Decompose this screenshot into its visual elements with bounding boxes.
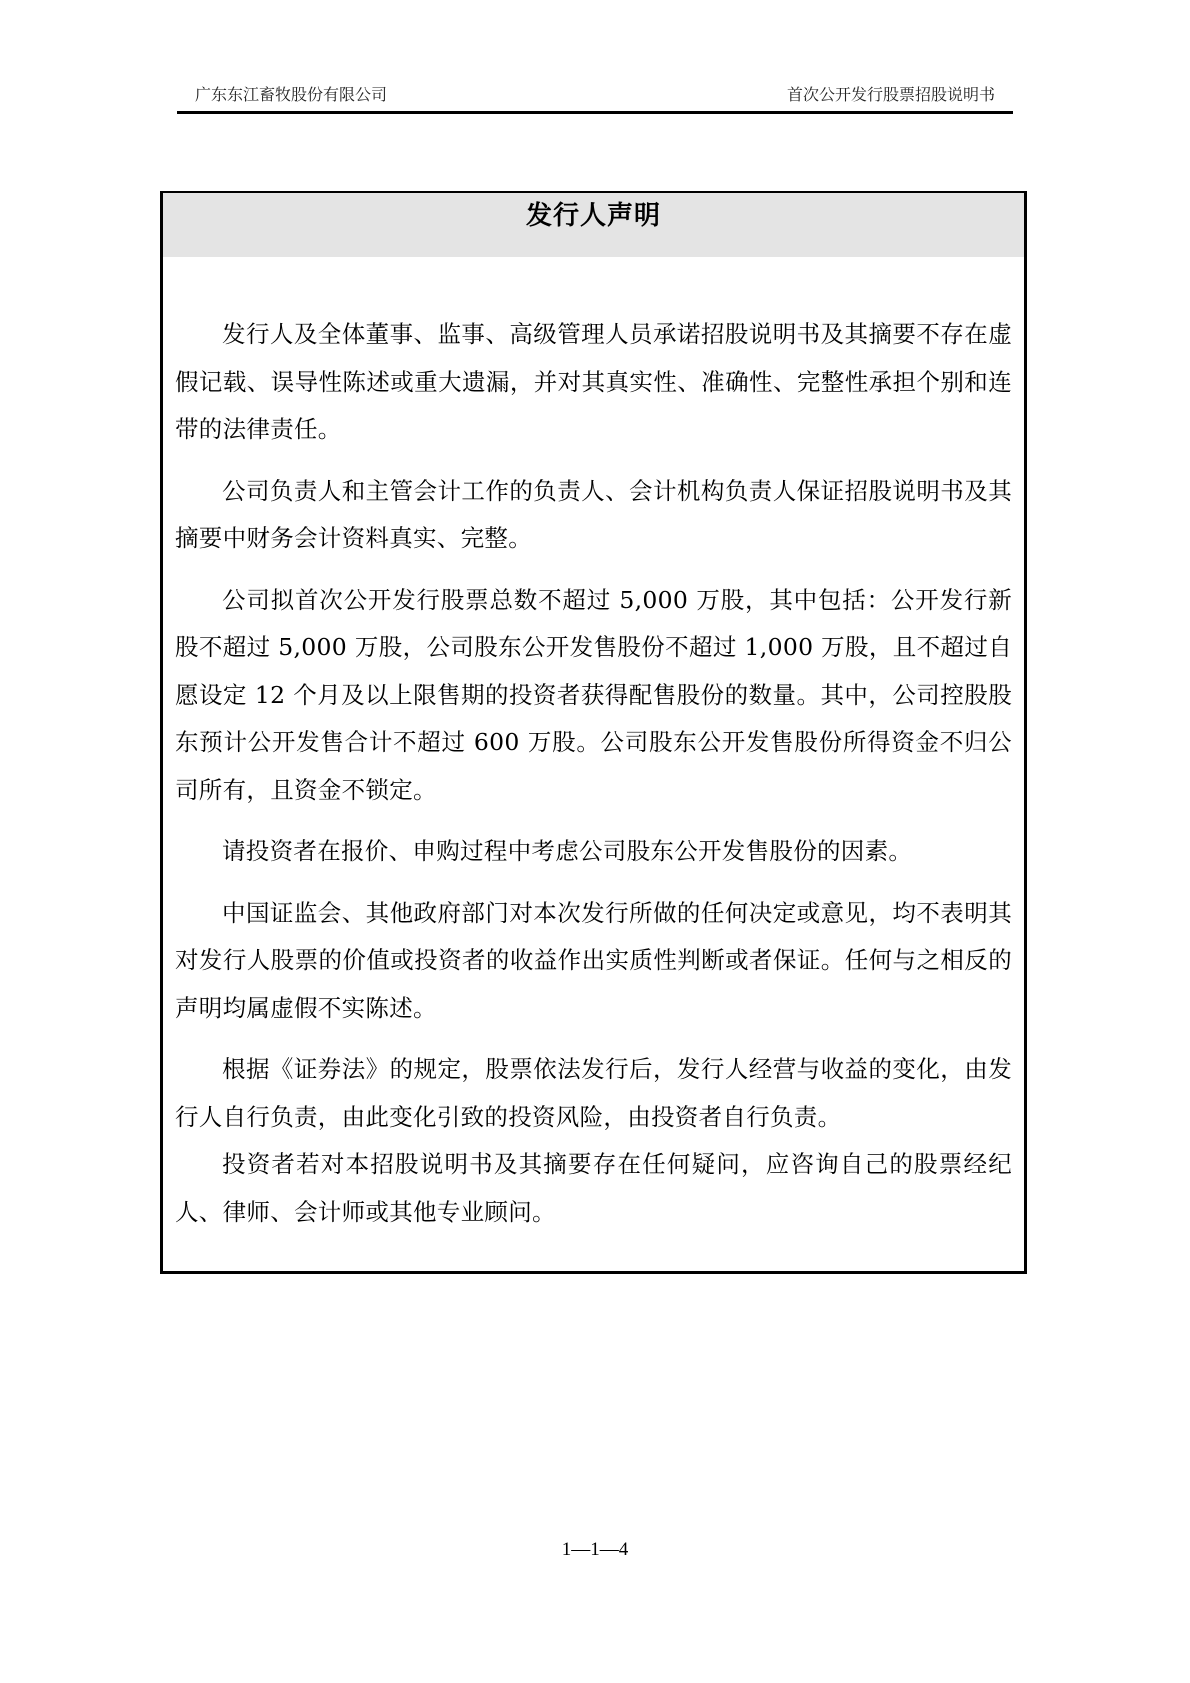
declaration-paragraph: 公司负责人和主管会计工作的负责人、会计机构负责人保证招股说明书及其摘要中财务会计… xyxy=(175,468,1012,563)
declaration-paragraph: 根据《证券法》的规定，股票依法发行后，发行人经营与收益的变化，由发行人自行负责，… xyxy=(175,1046,1012,1141)
declaration-paragraph: 发行人及全体董事、监事、高级管理人员承诺招股说明书及其摘要不存在虚假记载、误导性… xyxy=(175,311,1012,454)
declaration-paragraph: 投资者若对本招股说明书及其摘要存在任何疑问，应咨询自己的股票经纪人、律师、会计师… xyxy=(175,1141,1012,1236)
issuer-declaration-box: 发行人声明 发行人及全体董事、监事、高级管理人员承诺招股说明书及其摘要不存在虚假… xyxy=(160,191,1027,1274)
page-header: 广东东江畜牧股份有限公司 首次公开发行股票招股说明书 xyxy=(177,84,1013,114)
declaration-paragraph: 公司拟首次公开发行股票总数不超过 5,000 万股，其中包括：公开发行新股不超过… xyxy=(175,577,1012,815)
declaration-paragraph: 请投资者在报价、申购过程中考虑公司股东公开发售股份的因素。 xyxy=(175,828,1012,876)
declaration-paragraph: 中国证监会、其他政府部门对本次发行所做的任何决定或意见，均不表明其对发行人股票的… xyxy=(175,890,1012,1033)
declaration-title-band: 发行人声明 xyxy=(163,193,1024,257)
declaration-body: 发行人及全体董事、监事、高级管理人员承诺招股说明书及其摘要不存在虚假记载、误导性… xyxy=(175,311,1012,1250)
declaration-title: 发行人声明 xyxy=(163,193,1024,231)
header-company-name: 广东东江畜牧股份有限公司 xyxy=(195,84,387,106)
page-number: 1—1—4 xyxy=(0,1538,1190,1562)
header-document-title: 首次公开发行股票招股说明书 xyxy=(787,84,995,106)
